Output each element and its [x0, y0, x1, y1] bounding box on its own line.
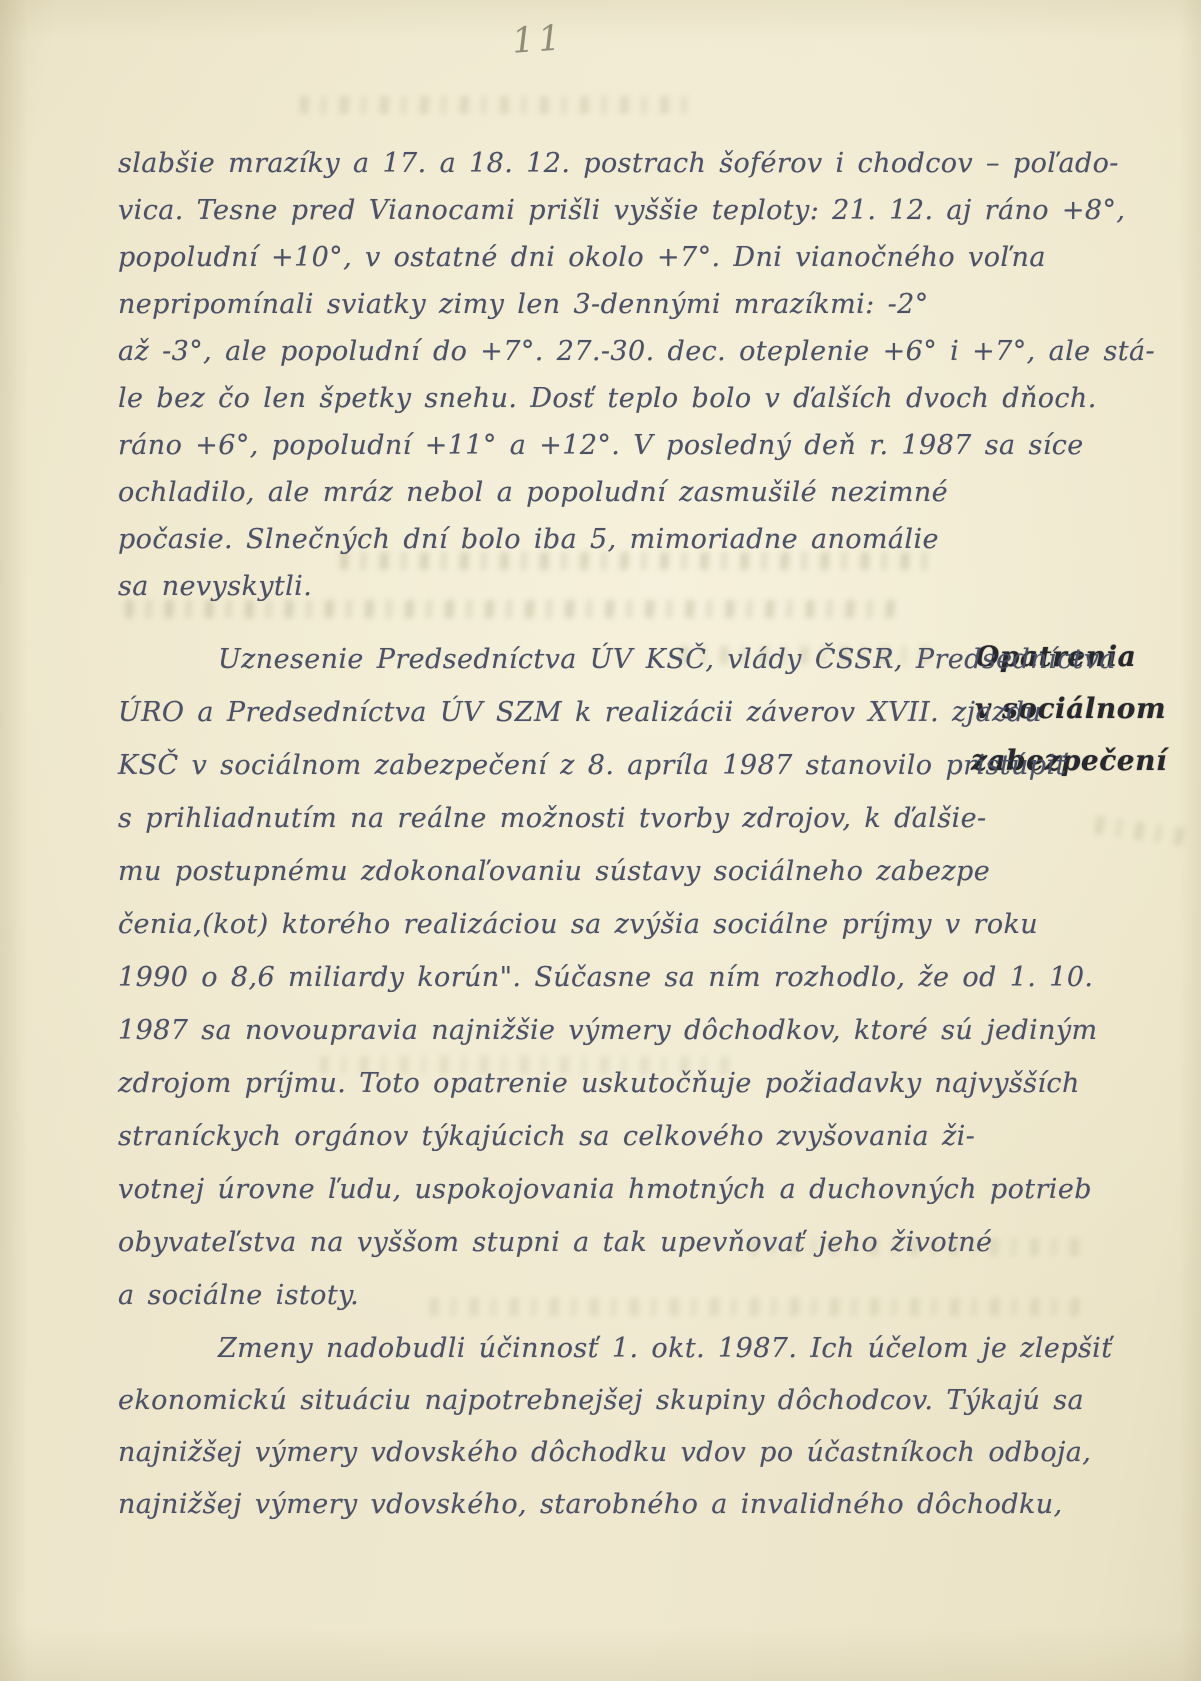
handwritten-text-block: slabšie mrazíky a 17. a 18. 12. postrach…	[118, 140, 1168, 1530]
handwritten-line: ochladilo, ale mráz nebol a popoludní za…	[118, 469, 1168, 516]
handwritten-line: KSČ v sociálnom zabezpečení z 8. apríla …	[118, 739, 1168, 792]
handwritten-line: Zmeny nadobudli účinnosť 1. okt. 1987. I…	[118, 1322, 1168, 1374]
handwritten-line: Uznesenie Predsedníctva ÚV KSČ, vlády ČS…	[118, 633, 1168, 686]
handwritten-line: 1987 sa novoupravia najnižšie výmery dôc…	[118, 1004, 1168, 1057]
manuscript-page: 11 Opatrenia v sociálnom zabezpečení sla…	[0, 0, 1201, 1681]
handwritten-line: le bez čo len špetky snehu. Dosť teplo b…	[118, 375, 1168, 422]
handwritten-line: najnižšej výmery vdovského, starobného a…	[118, 1478, 1168, 1530]
paragraph-pension-changes: Zmeny nadobudli účinnosť 1. okt. 1987. I…	[118, 1322, 1168, 1530]
handwritten-line: s prihliadnutím na reálne možnosti tvorb…	[118, 792, 1168, 845]
handwritten-line: 1990 o 8,6 miliardy korún". Súčasne sa n…	[118, 951, 1168, 1004]
handwritten-line: sa nevyskytli.	[118, 563, 1168, 610]
handwritten-line: zdrojom príjmu. Toto opatrenie uskutočňu…	[118, 1057, 1168, 1110]
handwritten-line: straníckych orgánov týkajúcich sa celkov…	[118, 1110, 1168, 1163]
handwritten-line: popoludní +10°, v ostatné dni okolo +7°.…	[118, 234, 1168, 281]
handwritten-line: ekonomickú situáciu najpotrebnejšej skup…	[118, 1374, 1168, 1426]
bleed-through-ghost	[300, 96, 700, 114]
handwritten-line: najnižšej výmery vdovského dôchodku vdov…	[118, 1426, 1168, 1478]
handwritten-line: a sociálne istoty.	[118, 1269, 1168, 1322]
paragraph-weather: slabšie mrazíky a 17. a 18. 12. postrach…	[118, 140, 1168, 610]
handwritten-line: slabšie mrazíky a 17. a 18. 12. postrach…	[118, 140, 1168, 187]
handwritten-line: vica. Tesne pred Vianocami prišli vyššie…	[118, 187, 1168, 234]
page-number: 11	[511, 18, 566, 62]
handwritten-line: ráno +6°, popoludní +11° a +12°. V posle…	[118, 422, 1168, 469]
handwritten-line: obyvateľstva na vyššom stupni a tak upev…	[118, 1216, 1168, 1269]
handwritten-line: ÚRO a Predsedníctva ÚV SZM k realizácii …	[118, 686, 1168, 739]
handwritten-line: až -3°, ale popoludní do +7°. 27.-30. de…	[118, 328, 1168, 375]
paragraph-social-security-resolution: Uznesenie Predsedníctva ÚV KSČ, vlády ČS…	[118, 633, 1168, 1322]
handwritten-line: votnej úrovne ľudu, uspokojovania hmotný…	[118, 1163, 1168, 1216]
handwritten-line: nepripomínali sviatky zimy len 3-dennými…	[118, 281, 1168, 328]
handwritten-line: počasie. Slnečných dní bolo iba 5, mimor…	[118, 516, 1168, 563]
handwritten-line: čenia,(kot) ktorého realizáciou sa zvýši…	[118, 898, 1168, 951]
handwritten-line: mu postupnému zdokonaľovaniu sústavy soc…	[118, 845, 1168, 898]
